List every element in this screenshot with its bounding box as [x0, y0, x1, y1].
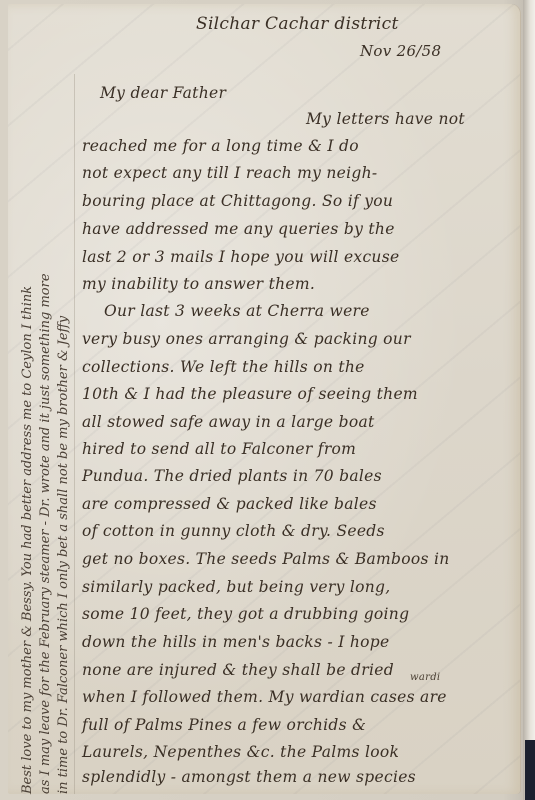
crossed-margin-line: as I may leave for the February steamer …	[38, 273, 53, 794]
letter-line: my inability to answer them.	[82, 275, 315, 293]
letter-line: none are injured & they shall be dried	[82, 661, 394, 679]
crossed-margin-line: Best love to my mother & Bessy. You had …	[20, 286, 35, 794]
letter-line: very busy ones arranging & packing our	[82, 330, 411, 348]
letter-line: Laurels, Nepenthes &c. the Palms look	[82, 743, 399, 761]
letter-page: Silchar Cachar district Nov 26/58 My dea…	[8, 4, 520, 794]
letter-line: collections. We left the hills on the	[82, 358, 365, 376]
margin-fold-line	[74, 74, 75, 794]
letter-line: full of Palms Pines a few orchids &	[82, 716, 366, 734]
letter-line: reached me for a long time & I do	[82, 137, 359, 155]
letter-insertion: wardi	[410, 672, 440, 683]
letter-line: down the hills in men's backs - I hope	[82, 633, 389, 651]
scan-dark-corner	[525, 740, 535, 800]
letter-date: Nov 26/58	[360, 42, 441, 60]
letter-line: all stowed safe away in a large boat	[82, 413, 375, 431]
letter-line: My letters have not	[306, 110, 465, 128]
letter-salutation: My dear Father	[100, 84, 226, 102]
letter-line: similarly packed, but being very long,	[82, 578, 391, 596]
letter-line: Our last 3 weeks at Cherra were	[104, 302, 370, 320]
letter-line: are compressed & packed like bales	[82, 495, 377, 513]
letter-line: bouring place at Chittagong. So if you	[82, 192, 393, 210]
letter-line: hired to send all to Falconer from	[82, 440, 356, 458]
crossed-margin-line: in time to Dr. Falconer which I only bet…	[56, 316, 71, 794]
letter-line: have addressed me any queries by the	[82, 220, 395, 238]
letter-line: of cotton in gunny cloth & dry. Seeds	[82, 522, 385, 540]
scan-edge	[523, 0, 535, 800]
letter-line: get no boxes. The seeds Palms & Bamboos …	[82, 550, 450, 568]
letter-line: when I followed them. My wardian cases a…	[82, 688, 447, 706]
letter-place: Silchar Cachar district	[196, 14, 399, 34]
letter-line: Pundua. The dried plants in 70 bales	[82, 467, 382, 485]
letter-line: some 10 feet, they got a drubbing going	[82, 605, 409, 623]
letter-line: not expect any till I reach my neigh-	[82, 164, 377, 182]
letter-line: 10th & I had the pleasure of seeing them	[82, 385, 418, 403]
letter-line: last 2 or 3 mails I hope you will excuse	[82, 248, 399, 266]
letter-line: splendidly - amongst them a new species	[82, 768, 416, 786]
